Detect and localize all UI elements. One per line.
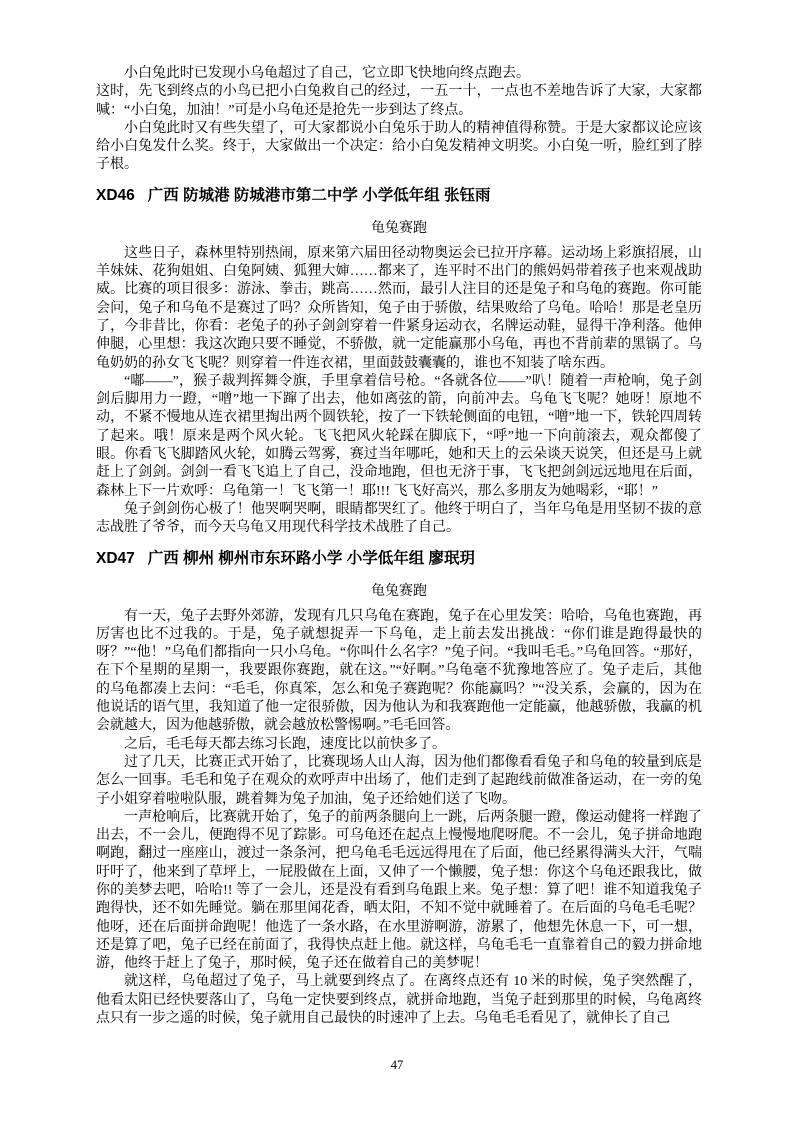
xd46-paragraph-2: “嘟——”，猴子裁判挥舞令旗，手里拿着信号枪。“各就各位——”叭！随着一声枪响，…	[96, 373, 702, 501]
page-footer: 47	[0, 1057, 794, 1073]
entry-meta: 广西 柳州 柳州市东环路小学 小学低年组 廖珉玥	[148, 550, 475, 567]
xd47-paragraph-4: 一声枪响后，比赛就开始了，兔子的前两条腿向上一跳，后两条腿一蹬，像运动健将一样跑…	[96, 809, 702, 974]
document-page: 小白兔此时已发现小乌龟超过了自己，它立即飞快地向终点跑去。 这时，先飞到终点的小…	[0, 0, 794, 1123]
essay-title-xd46: 龟兔赛跑	[96, 219, 702, 239]
entry-code: XD46	[96, 187, 135, 204]
entry-heading-xd46: XD46广西 防城港 防城港市第二中学 小学低年组 张钰雨	[96, 186, 702, 206]
page-content: 小白兔此时已发现小乌龟超过了自己，它立即飞快地向终点跑去。 这时，先飞到终点的小…	[96, 65, 702, 1028]
entry-code: XD47	[96, 550, 135, 567]
intro-paragraph-3: 小白兔此时又有些失望了，可大家都说小白兔乐于助人的精神值得称赞。于是大家都议论应…	[96, 120, 702, 175]
entry-heading-xd47: XD47广西 柳州 柳州市东环路小学 小学低年组 廖珉玥	[96, 549, 702, 569]
essay-title-xd47: 龟兔赛跑	[96, 582, 702, 602]
xd47-paragraph-5: 就这样，乌龟超过了兔子，马上就要到终点了。在离终点还有 10 米的时候，兔子突然…	[96, 973, 702, 1028]
page-number: 47	[391, 1058, 404, 1072]
xd46-paragraph-3: 兔子剑剑伤心极了！他哭啊哭啊，眼睛都哭红了。他终于明白了，当年乌龟是用坚韧不拔的…	[96, 501, 702, 538]
xd46-paragraph-1: 这些日子，森林里特别热闹，原来第六届田径动物奥运会已拉开序幕。运动场上彩旗招展，…	[96, 245, 702, 373]
xd47-paragraph-1: 有一天，兔子去野外郊游，发现有几只乌龟在赛跑，兔子在心里发笑：哈哈，乌龟也赛跑，…	[96, 608, 702, 736]
xd47-paragraph-3: 过了几天，比赛正式开始了，比赛现场人山人海，因为他们都像看看兔子和乌龟的较量到底…	[96, 754, 702, 809]
xd47-paragraph-2: 之后，毛毛每天都去练习长跑，速度比以前快多了。	[96, 736, 702, 754]
intro-paragraph-1: 小白兔此时已发现小乌龟超过了自己，它立即飞快地向终点跑去。	[96, 65, 702, 83]
entry-meta: 广西 防城港 防城港市第二中学 小学低年组 张钰雨	[148, 187, 491, 204]
intro-paragraph-2: 这时，先飞到终点的小鸟已把小白兔救自己的经过，一五一十，一点也不差地告诉了大家，…	[96, 83, 702, 120]
